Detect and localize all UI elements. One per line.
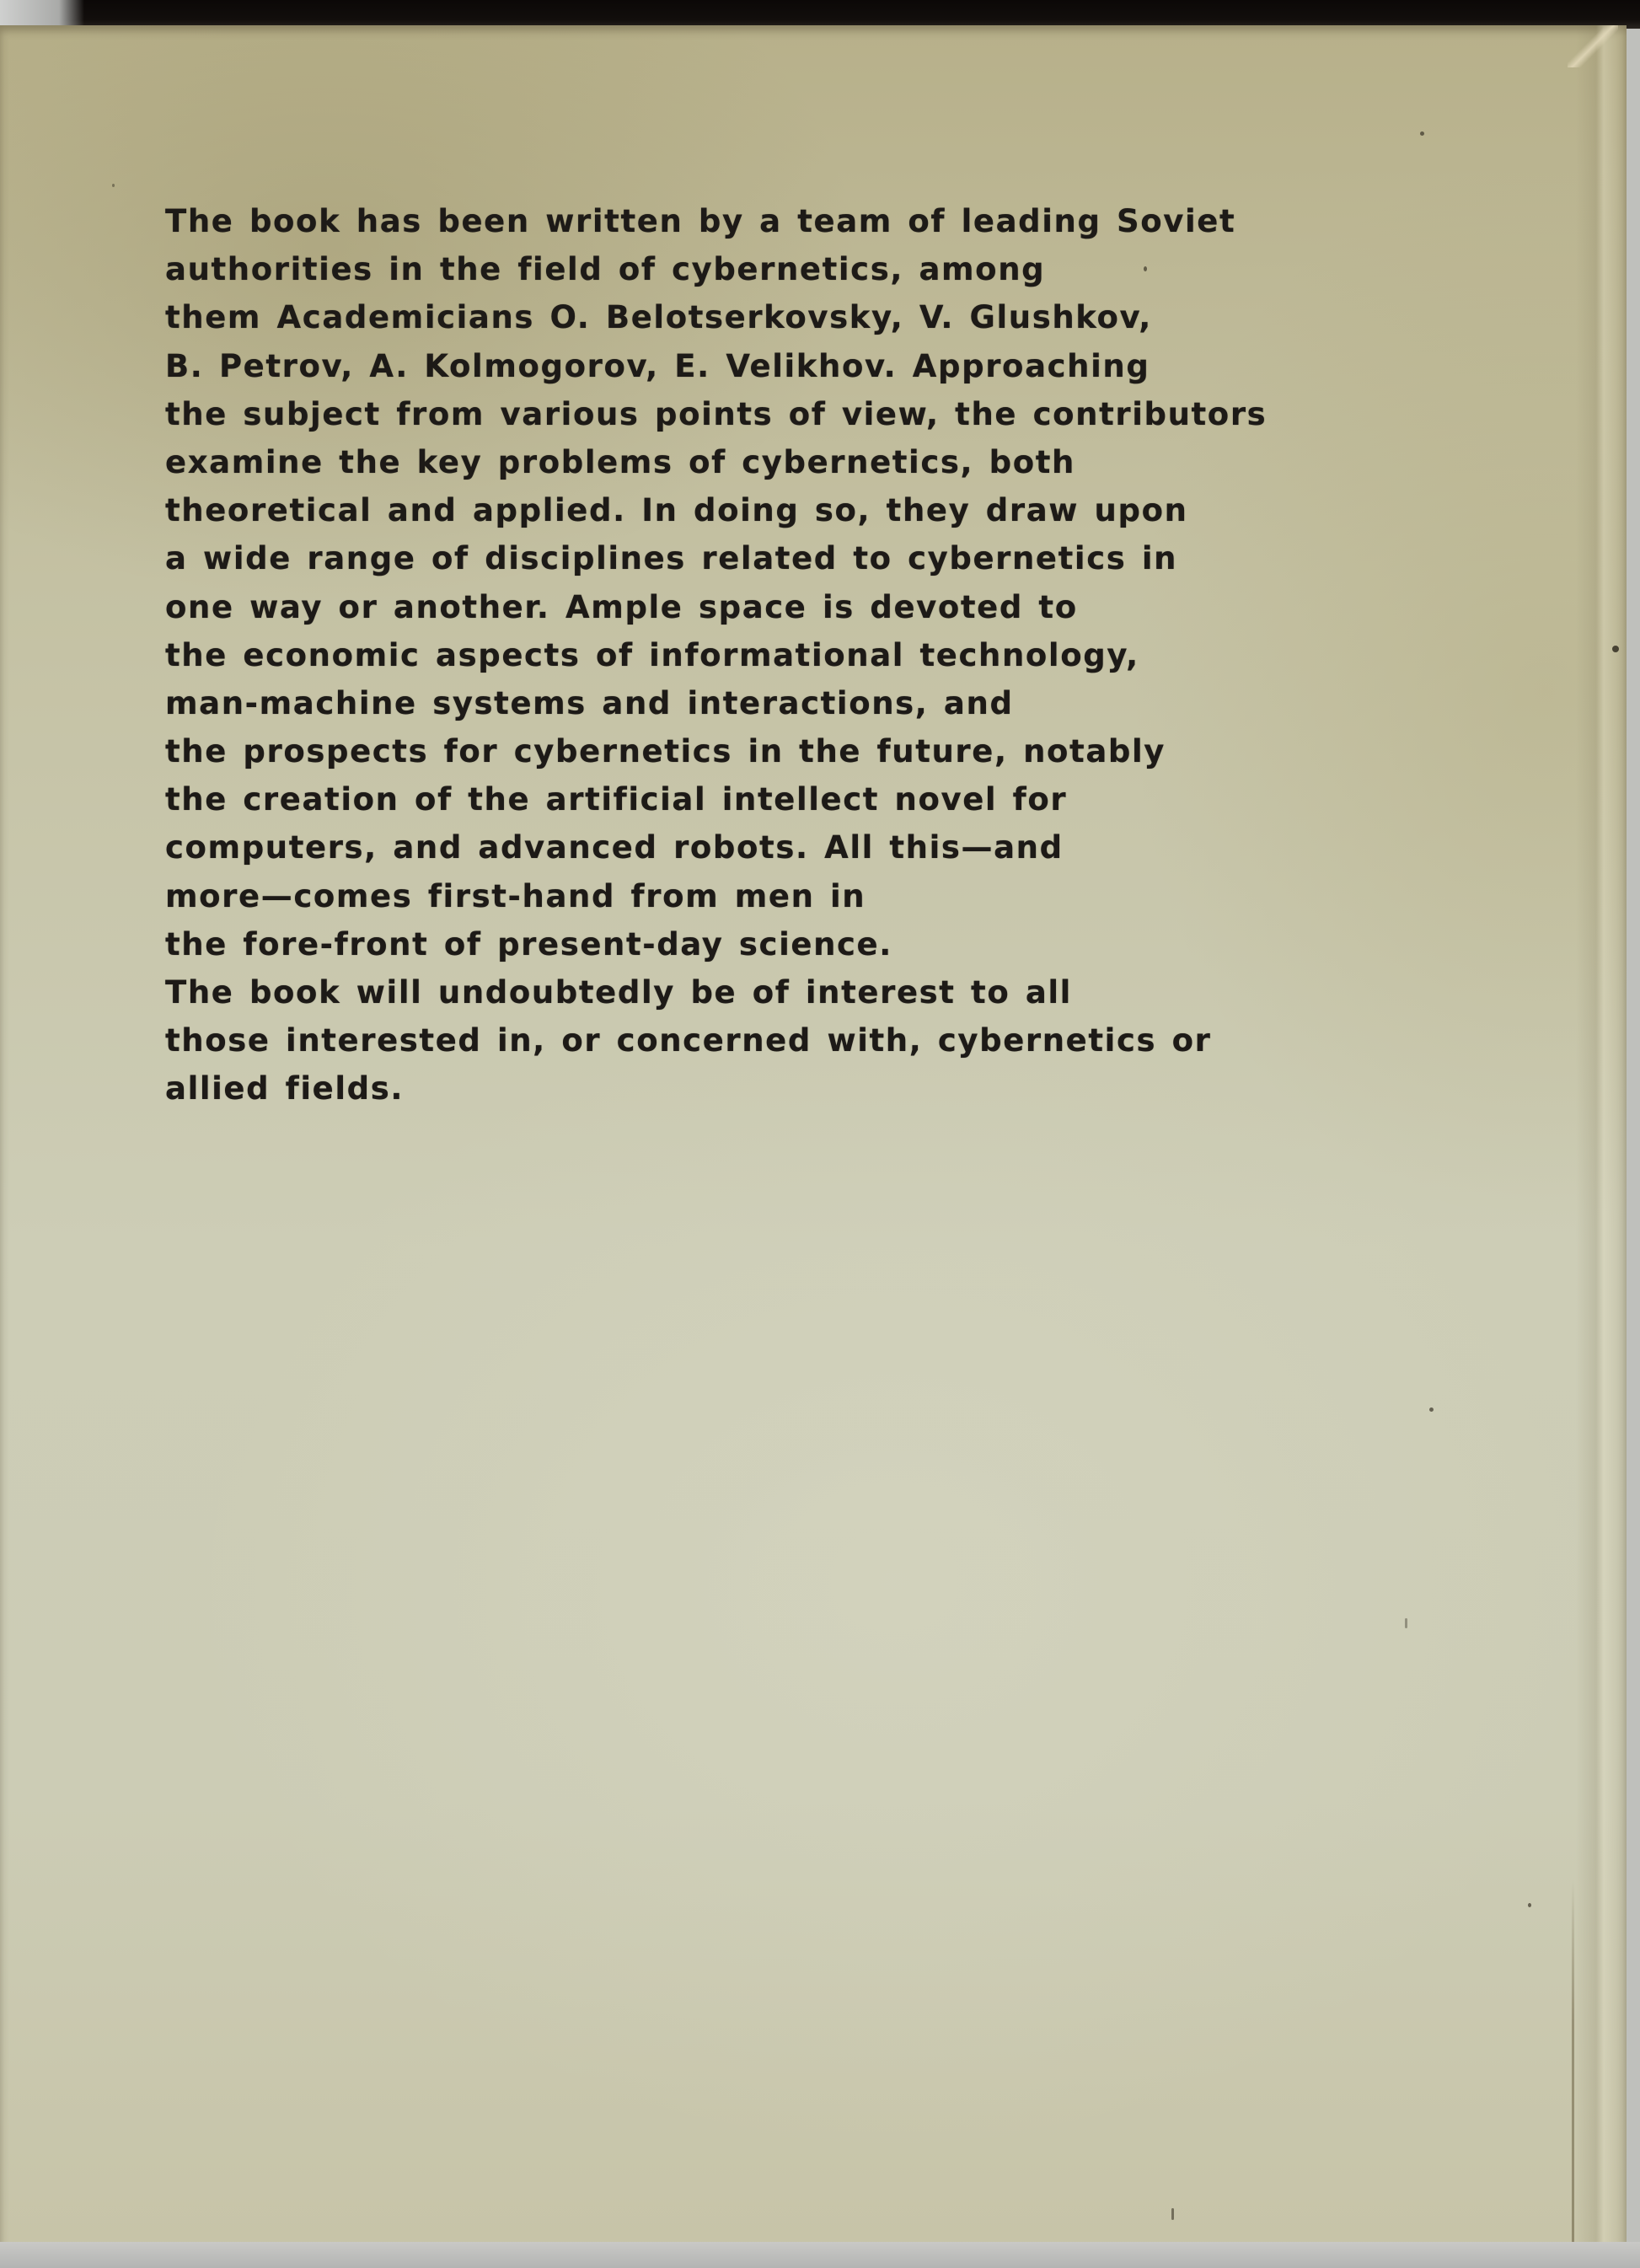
- blurb-line: them Academicians O. Belotserkovsky, V. …: [165, 293, 1176, 341]
- blurb-line: B. Petrov, A. Kolmogorov, E. Velikhov. A…: [165, 342, 1176, 390]
- blurb-line: theoretical and applied. In doing so, th…: [165, 486, 1176, 534]
- blurb-line: examine the key problems of cybernetics,…: [165, 438, 1176, 486]
- blurb-line: the economic aspects of informational te…: [165, 631, 1176, 679]
- paper-speck: [1420, 131, 1424, 136]
- paper-speck: [1171, 2208, 1174, 2220]
- photo-scene: The book has been written by a team of l…: [0, 0, 1640, 2268]
- paper-speck: [112, 184, 115, 187]
- paper-speck: [1405, 1618, 1407, 1628]
- blurb-line: The book has been written by a team of l…: [165, 197, 1176, 245]
- blurb-line: The book will undoubtedly be of interest…: [165, 968, 1176, 1016]
- blurb-line: one way or another. Ample space is devot…: [165, 583, 1176, 631]
- blurb-line: allied fields.: [165, 1064, 1176, 1113]
- blurb-line: the prospects for cybernetics in the fut…: [165, 727, 1176, 775]
- blurb-line: the subject from various points of view,…: [165, 390, 1176, 438]
- blurb-line: authorities in the field of cybernetics,…: [165, 245, 1176, 293]
- table-surface: [0, 2242, 1640, 2268]
- paper-speck: [1528, 1903, 1531, 1907]
- blurb-line: the creation of the artificial intellect…: [165, 775, 1176, 823]
- book-back-cover: The book has been written by a team of l…: [0, 25, 1627, 2247]
- blurb-line: man-machine systems and interactions, an…: [165, 679, 1176, 727]
- paper-speck: [1429, 1407, 1434, 1412]
- blurb-line: more—comes first-hand from men in: [165, 872, 1176, 920]
- cover-right-edge: [1576, 25, 1627, 2247]
- paper-speck: [1612, 646, 1619, 652]
- blurb-line: a wide range of disciplines related to c…: [165, 534, 1176, 582]
- background-surface-corner: [0, 0, 84, 25]
- cover-crease: [1572, 1879, 1574, 2242]
- cover-corner-wear: [1568, 25, 1618, 67]
- blurb-line: those interested in, or concerned with, …: [165, 1016, 1176, 1064]
- dark-top-edge: [0, 0, 1640, 29]
- blurb-line: the fore-front of present-day science.: [165, 920, 1176, 968]
- blurb-line: computers, and advanced robots. All this…: [165, 823, 1176, 871]
- blurb-text: The book has been written by a team of l…: [165, 197, 1176, 1113]
